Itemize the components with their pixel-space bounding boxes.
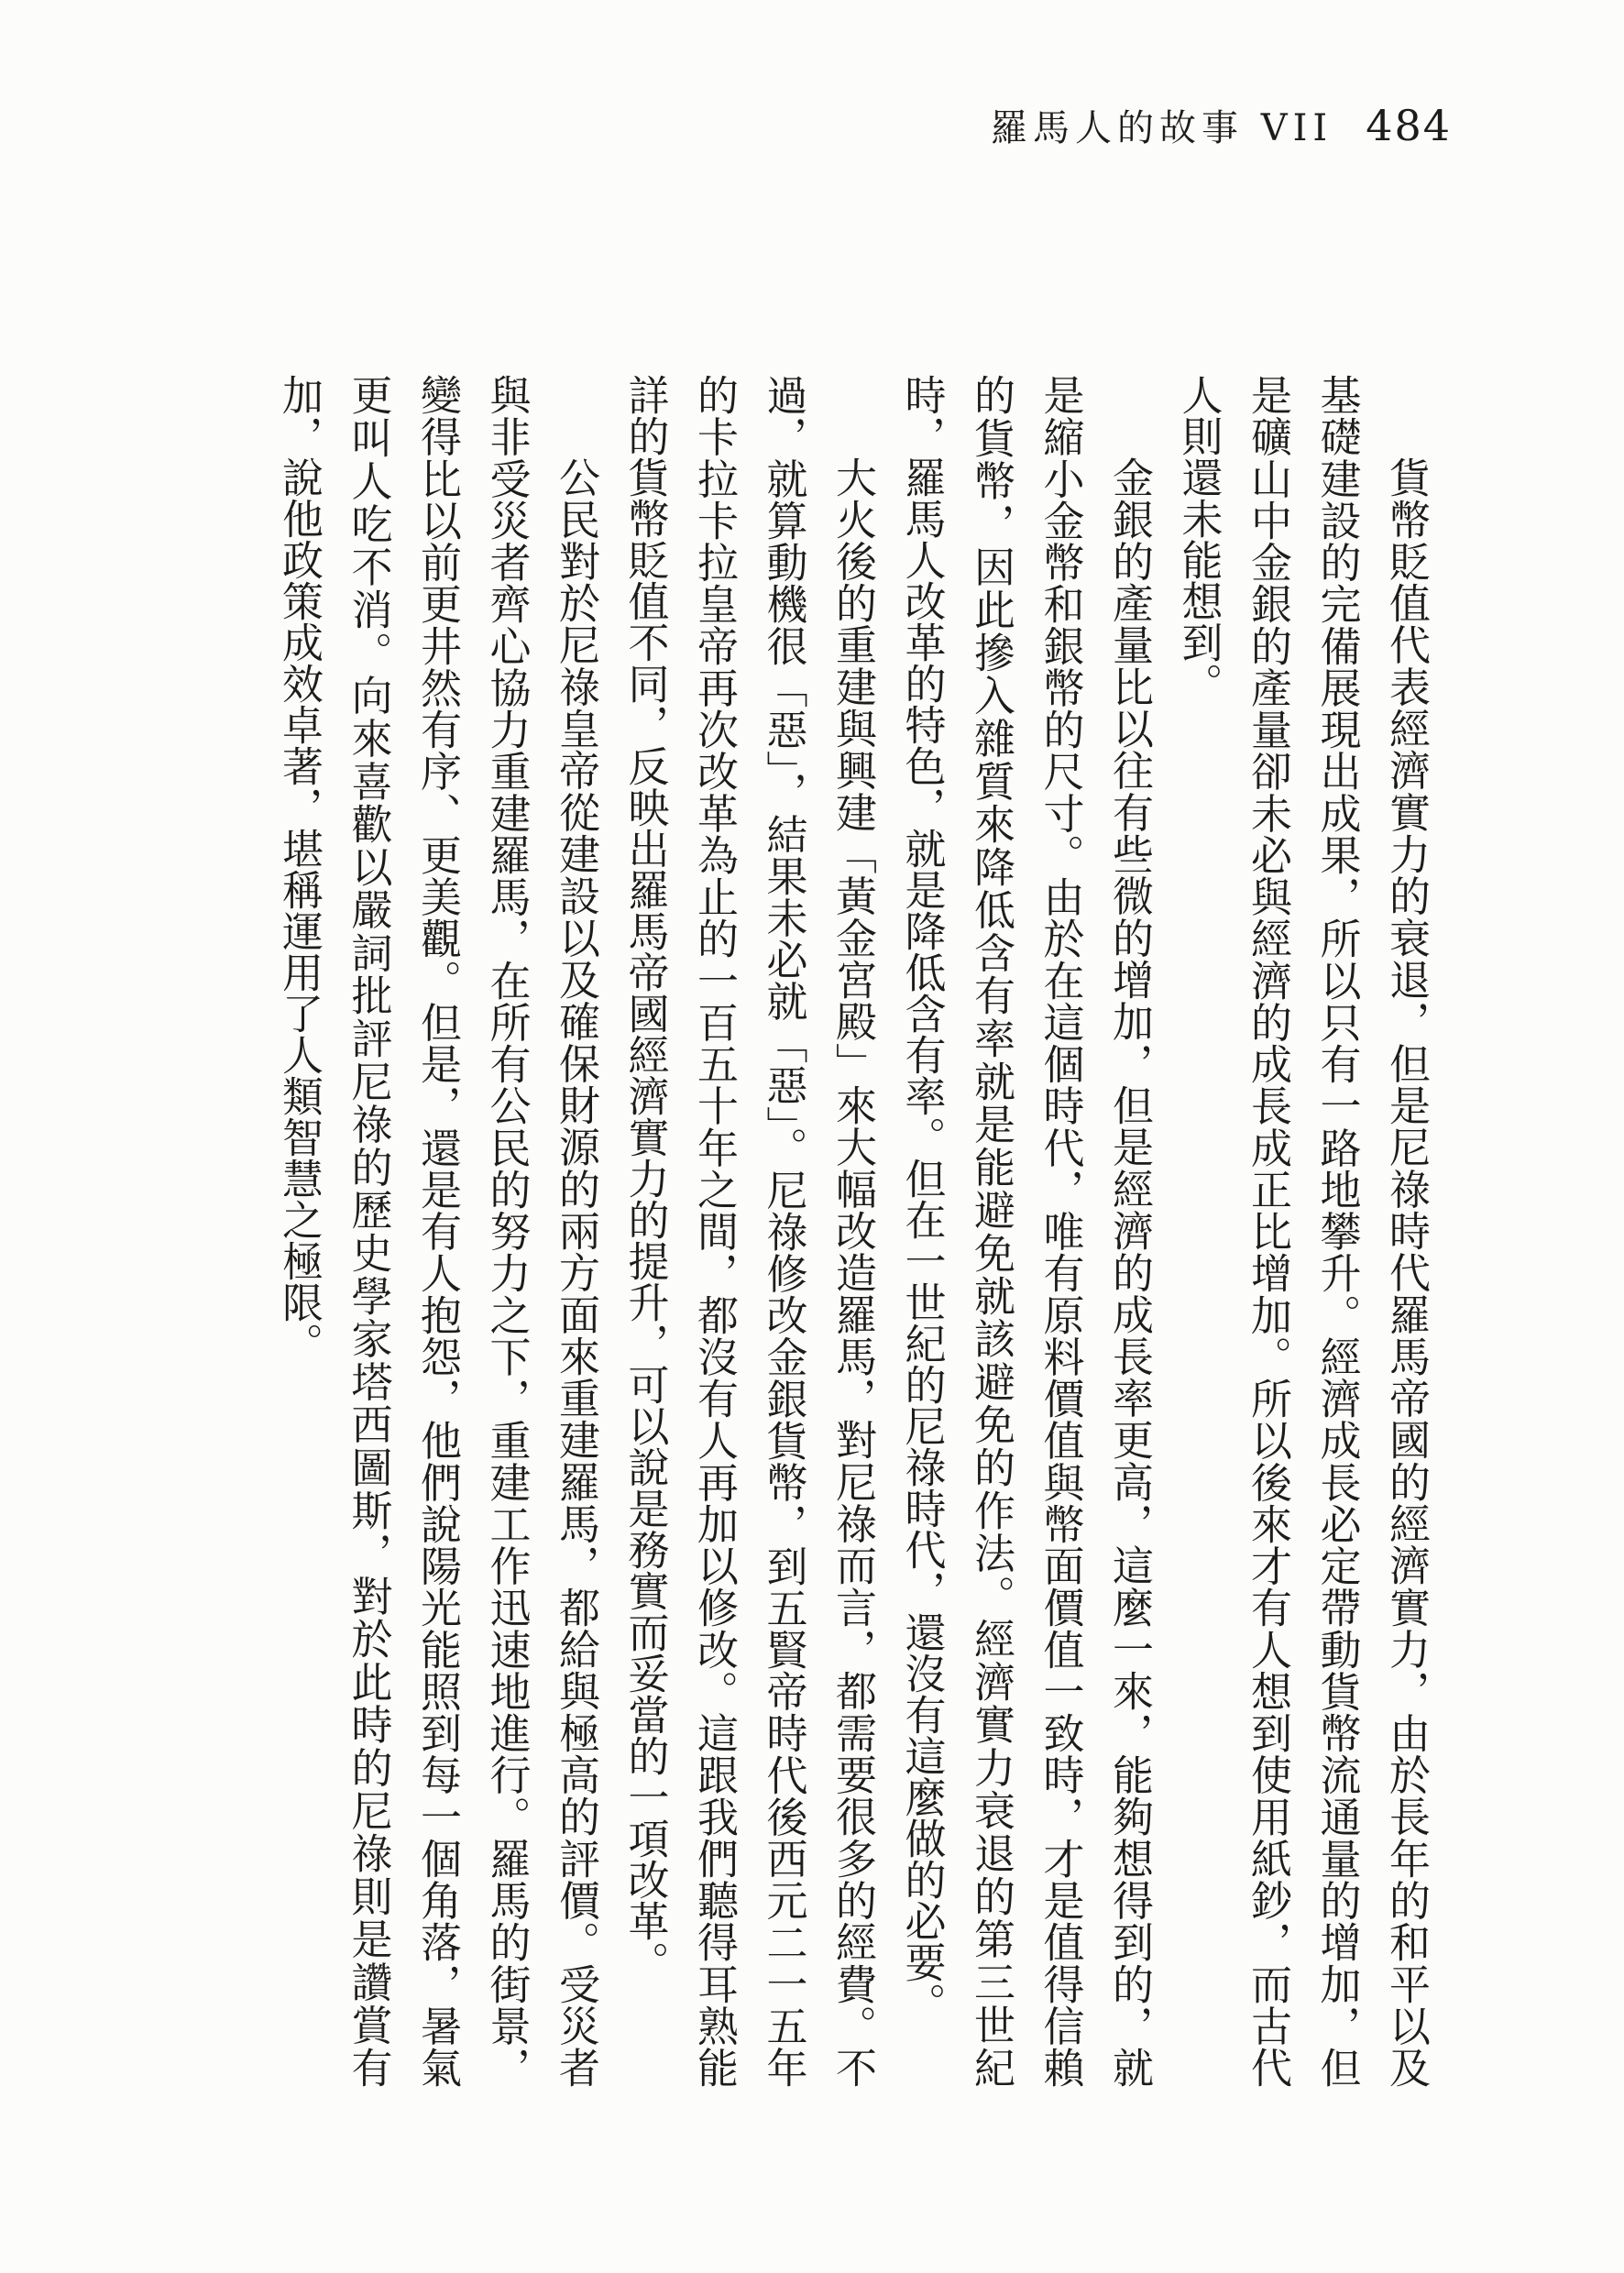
paragraph-4: 公民對於尼祿皇帝從建設以及確保財源的兩方面來重建羅馬，都給與極高的評價。受災者與…: [265, 374, 611, 2088]
book-title: 羅馬人的故事 VII: [991, 99, 1333, 151]
paragraph-3: 大火後的重建與興建「黃金宮殿」來大幅改造羅馬，對尼祿而言，都需要很多的經費。不過…: [610, 374, 887, 2088]
page-header: 羅馬人的故事 VII 484: [991, 99, 1452, 151]
paragraph-1: 貨幣貶值代表經濟實力的衰退，但是尼祿時代羅馬帝國的經濟實力，由於長年的和平以及基…: [1164, 374, 1441, 2088]
body-text: 貨幣貶值代表經濟實力的衰退，但是尼祿時代羅馬帝國的經濟實力，由於長年的和平以及基…: [257, 374, 1441, 2088]
paragraph-2: 金銀的產量比以往有些微的增加，但是經濟的成長率更高，這麼一來，能夠想得到的，就是…: [887, 374, 1164, 2088]
page-number: 484: [1366, 101, 1452, 150]
book-page: 羅馬人的故事 VII 484 貨幣貶值代表經濟實力的衰退，但是尼祿時代羅馬帝國的…: [0, 0, 1624, 2273]
